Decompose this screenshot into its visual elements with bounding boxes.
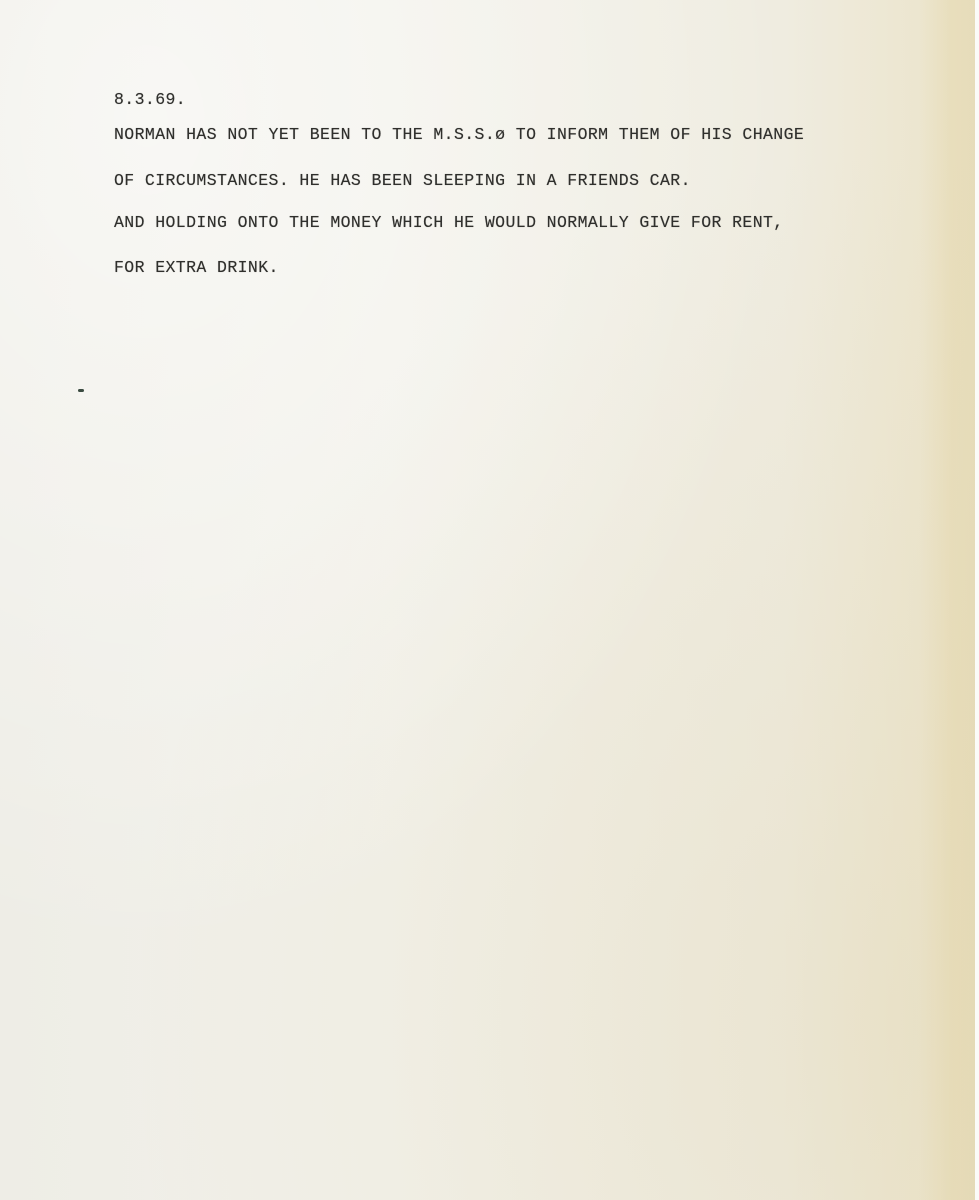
text-line-3: AND HOLDING ONTO THE MONEY WHICH HE WOUL… [114,213,784,232]
text-line-1: NORMAN HAS NOT YET BEEN TO THE M.S.S.ø T… [114,125,804,144]
text-line-2: OF CIRCUMSTANCES. HE HAS BEEN SLEEPING I… [114,171,691,190]
typewritten-page: 8.3.69. NORMAN HAS NOT YET BEEN TO THE M… [0,0,979,1200]
ink-speck [78,389,84,392]
document-date: 8.3.69. [114,90,186,109]
text-line-4: FOR EXTRA DRINK. [114,258,279,277]
page-edge [975,0,979,1200]
paper-stain [919,0,979,1200]
